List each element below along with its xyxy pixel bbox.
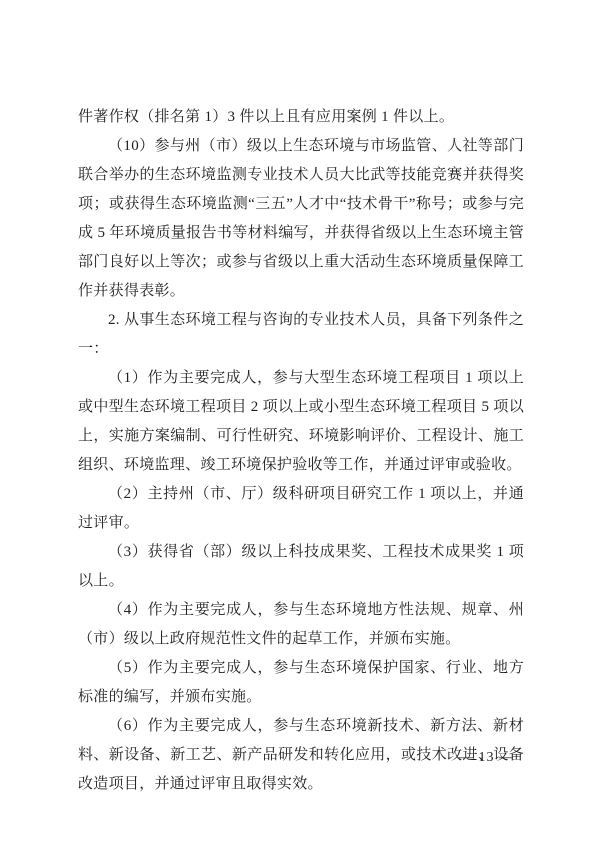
paragraph-item-2: （2）主持州（市、厅）级科研项目研究工作 1 项以上，并通过评审。: [78, 480, 524, 538]
paragraph-item-4: （4）作为主要完成人，参与生态环境地方性法规、规章、州（市）级以上政府规范性文件…: [78, 596, 524, 654]
page-number: — 13 —: [459, 750, 514, 765]
document-body: 件著作权（排名第 1）3 件以上且有应用案例 1 件以上。 （10）参与州（市）…: [78, 103, 524, 799]
paragraph-item-3: （3）获得省（部）级以上科技成果奖、工程技术成果奖 1 项以上。: [78, 538, 524, 596]
paragraph-continuation: 件著作权（排名第 1）3 件以上且有应用案例 1 件以上。: [78, 103, 524, 132]
paragraph-section-2-heading: 2. 从事生态环境工程与咨询的专业技术人员，具备下列条件之一：: [78, 306, 524, 364]
paragraph-item-6: （6）作为主要完成人，参与生态环境新技术、新方法、新材料、新设备、新工艺、新产品…: [78, 712, 524, 799]
paragraph-item-5: （5）作为主要完成人，参与生态环境保护国家、行业、地方标准的编写，并颁布实施。: [78, 654, 524, 712]
page-footer: — 13 —: [459, 748, 514, 768]
document-page: 件著作权（排名第 1）3 件以上且有应用案例 1 件以上。 （10）参与州（市）…: [0, 0, 600, 848]
paragraph-item-10: （10）参与州（市）级以上生态环境与市场监管、人社等部门联合举办的生态环境监测专…: [78, 132, 524, 306]
paragraph-item-1: （1）作为主要完成人，参与大型生态环境工程项目 1 项以上或中型生态环境工程项目…: [78, 364, 524, 480]
